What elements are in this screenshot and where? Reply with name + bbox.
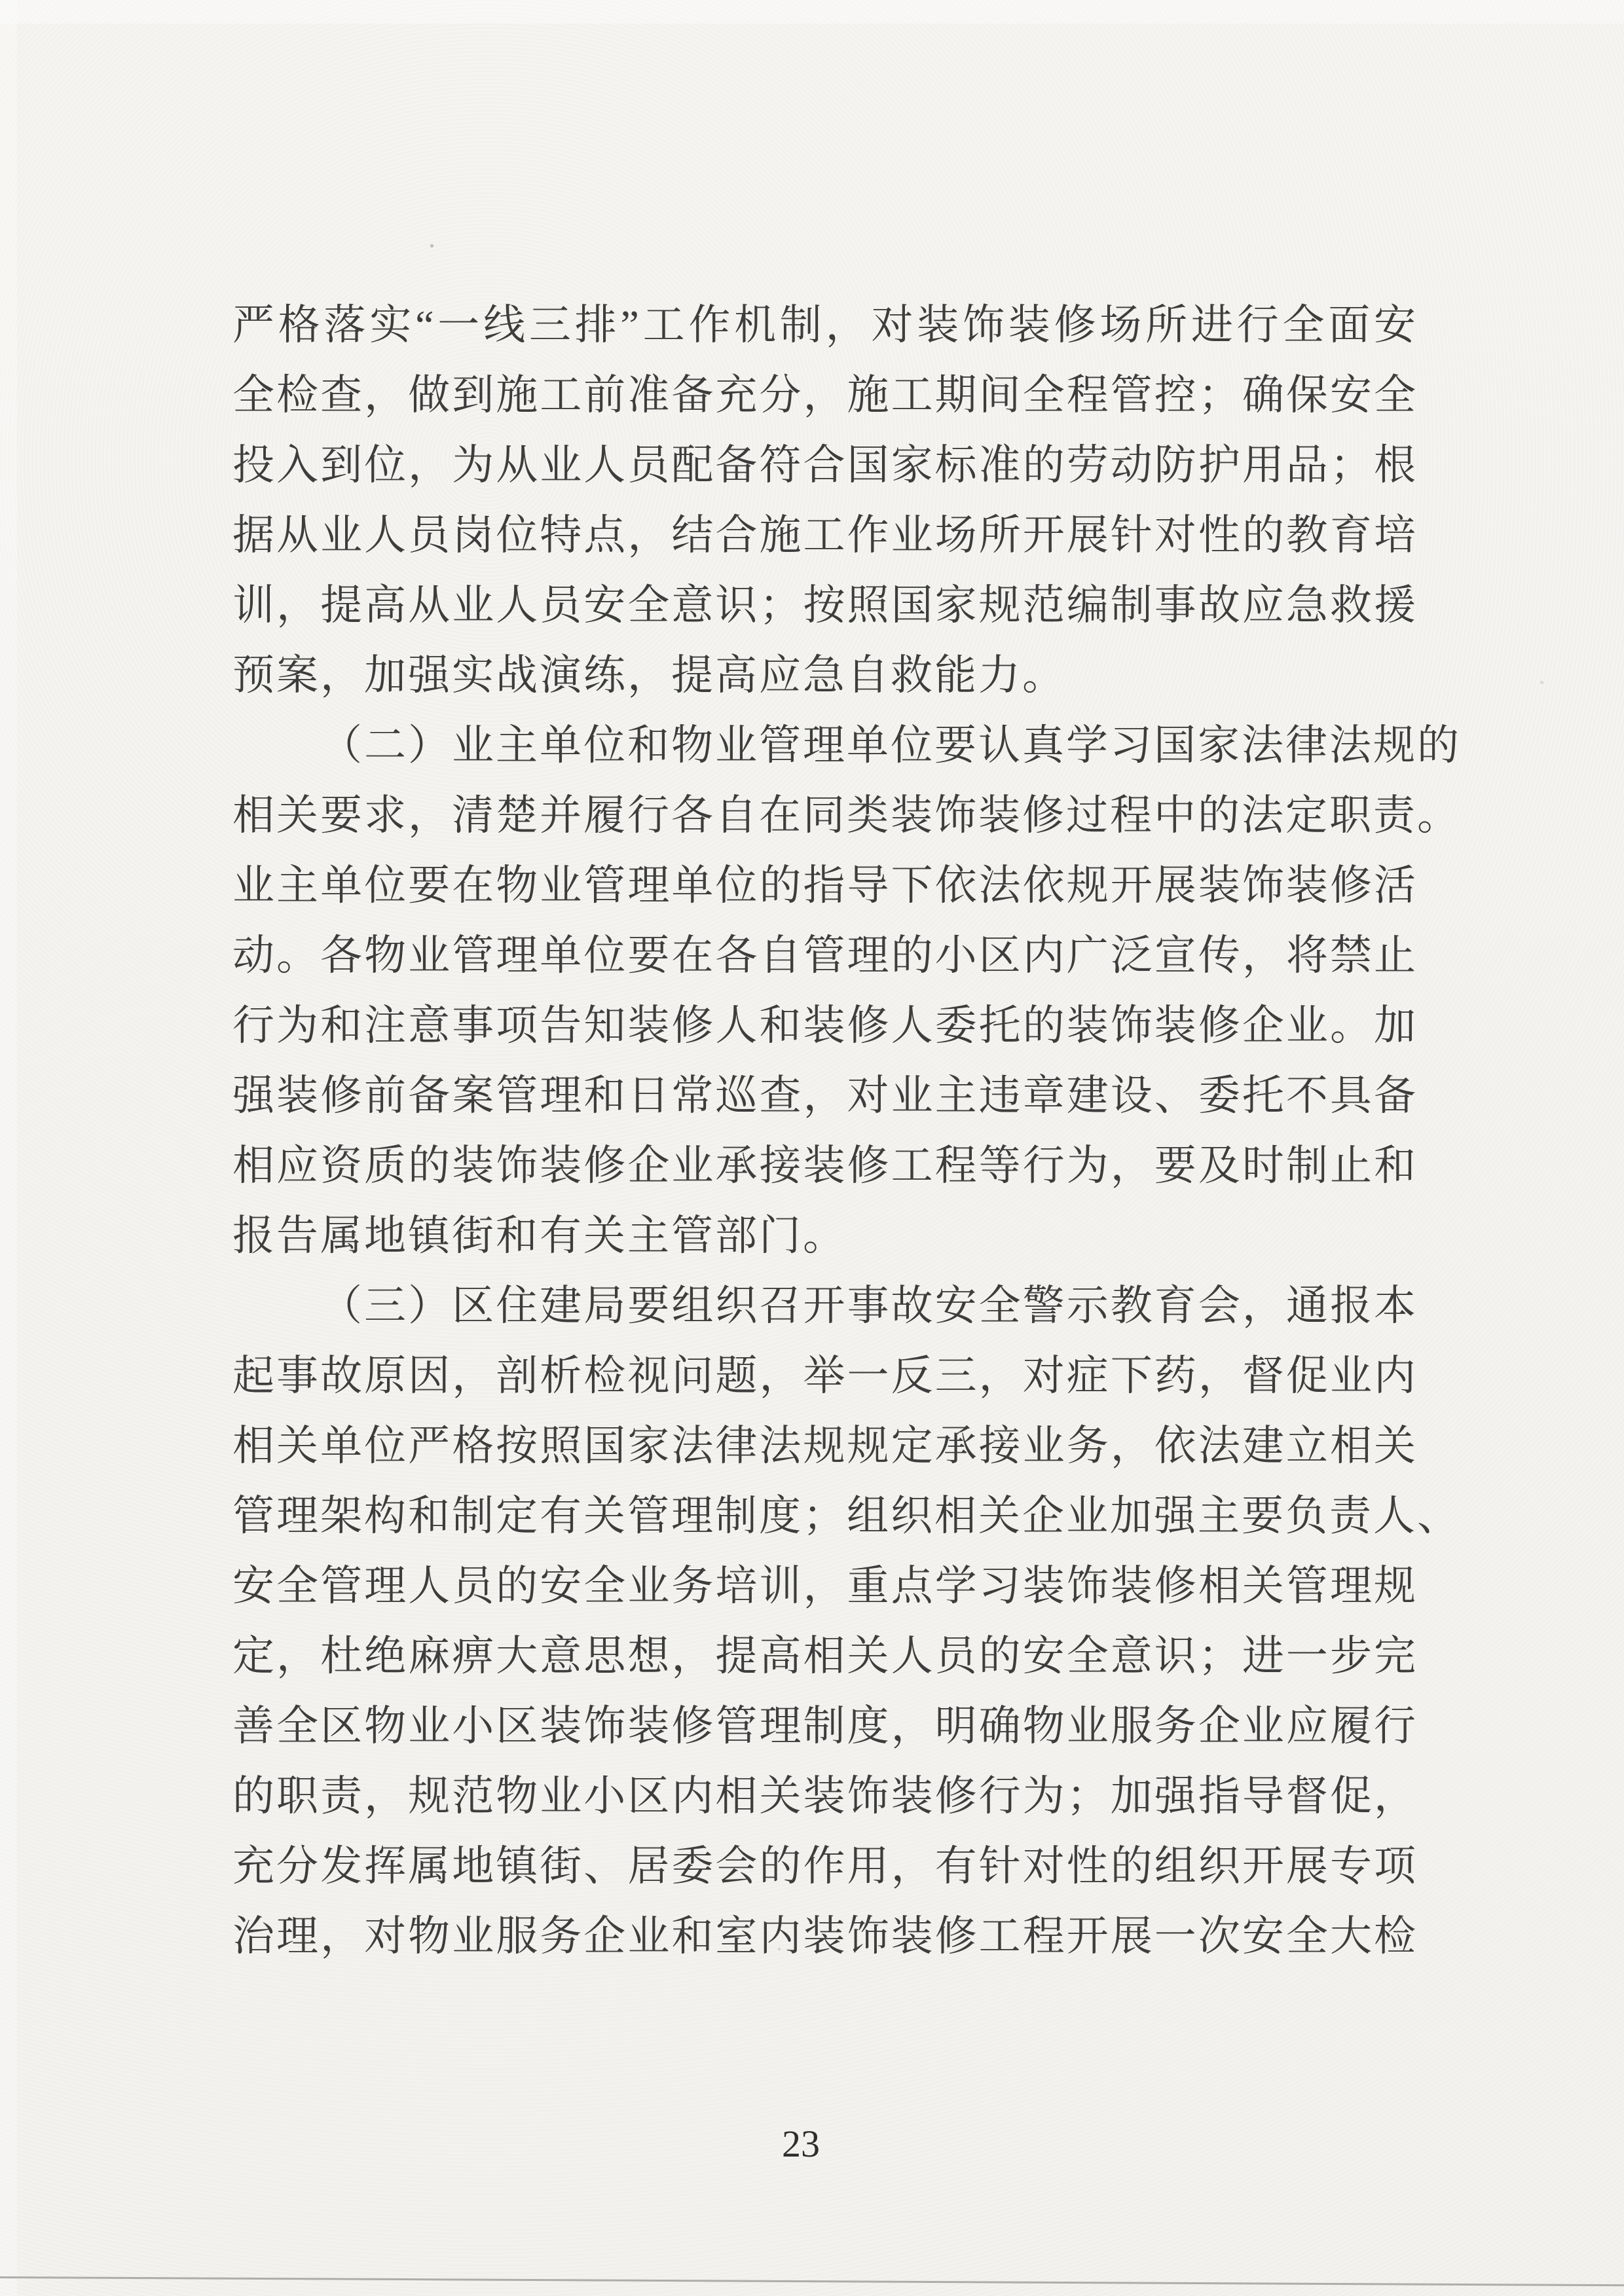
text-line: 管理架构和制定有关管理制度；组织相关企业加强主要负责人、: [232, 1481, 1418, 1551]
text-line: 相关要求，清楚并履行各自在同类装饰装修过程中的法定职责。: [232, 780, 1418, 850]
text-line: 据从业人员岗位特点，结合施工作业场所开展针对性的教育培: [232, 500, 1418, 570]
text-line: 充分发挥属地镇街、居委会的作用，有针对性的组织开展专项: [232, 1831, 1418, 1901]
text-line: 严格落实“一线三排”工作机制，对装饰装修场所进行全面安: [232, 290, 1418, 360]
text-line: 强装修前备案管理和日常巡查，对业主违章建设、委托不具备: [232, 1061, 1418, 1131]
text-line: （三）区住建局要组织召开事故安全警示教育会，通报本: [232, 1271, 1418, 1341]
text-line: 治理，对物业服务企业和室内装饰装修工程开展一次安全大检: [232, 1901, 1418, 1971]
document-body: 严格落实“一线三排”工作机制，对装饰装修场所进行全面安全检查，做到施工前准备充分…: [232, 290, 1418, 1971]
text-line: 起事故原因，剖析检视问题，举一反三，对症下药，督促业内: [232, 1341, 1418, 1411]
text-line: 定，杜绝麻痹大意思想，提高相关人员的安全意识；进一步完: [232, 1621, 1418, 1691]
text-line: 行为和注意事项告知装修人和装修人委托的装饰装修企业。加: [232, 991, 1418, 1061]
text-line: 动。各物业管理单位要在各自管理的小区内广泛宣传，将禁止: [232, 920, 1418, 991]
scan-speck: [778, 1948, 781, 1950]
text-line: 投入到位，为从业人员配备符合国家标准的劳动防护用品；根: [232, 430, 1418, 500]
text-line: 业主单位要在物业管理单位的指导下依法依规开展装饰装修活: [232, 850, 1418, 920]
text-line: 相关单位严格按照国家法律法规规定承接业务，依法建立相关: [232, 1411, 1418, 1481]
scan-speck: [354, 1233, 356, 1236]
text-line: 的职责，规范物业小区内相关装饰装修行为；加强指导督促，: [232, 1761, 1418, 1831]
text-line: （二）业主单位和物业管理单位要认真学习国家法律法规的: [232, 710, 1418, 780]
text-line: 安全管理人员的安全业务培训，重点学习装饰装修相关管理规: [232, 1551, 1418, 1621]
scan-edge-left: [0, 0, 17, 2296]
text-line: 训，提高从业人员安全意识；按照国家规范编制事故应急救援: [232, 570, 1418, 640]
text-line: 善全区物业小区装饰装修管理制度，明确物业服务企业应履行: [232, 1691, 1418, 1761]
text-line: 预案，加强实战演练，提高应急自救能力。: [232, 640, 1418, 710]
scan-speck: [1540, 681, 1543, 684]
page-number: 23: [0, 2121, 1613, 2167]
text-line: 相应资质的装饰装修企业承接装修工程等行为，要及时制止和: [232, 1131, 1418, 1201]
text-line: 报告属地镇街和有关主管部门。: [232, 1201, 1418, 1271]
scan-edge-line: [0, 2276, 1624, 2286]
document-page: 严格落实“一线三排”工作机制，对装饰装修场所进行全面安全检查，做到施工前准备充分…: [0, 0, 1624, 2296]
scan-edge-top: [0, 0, 1624, 24]
scan-speck: [430, 244, 434, 247]
text-line: 全检查，做到施工前准备充分，施工期间全程管控；确保安全: [232, 360, 1418, 430]
